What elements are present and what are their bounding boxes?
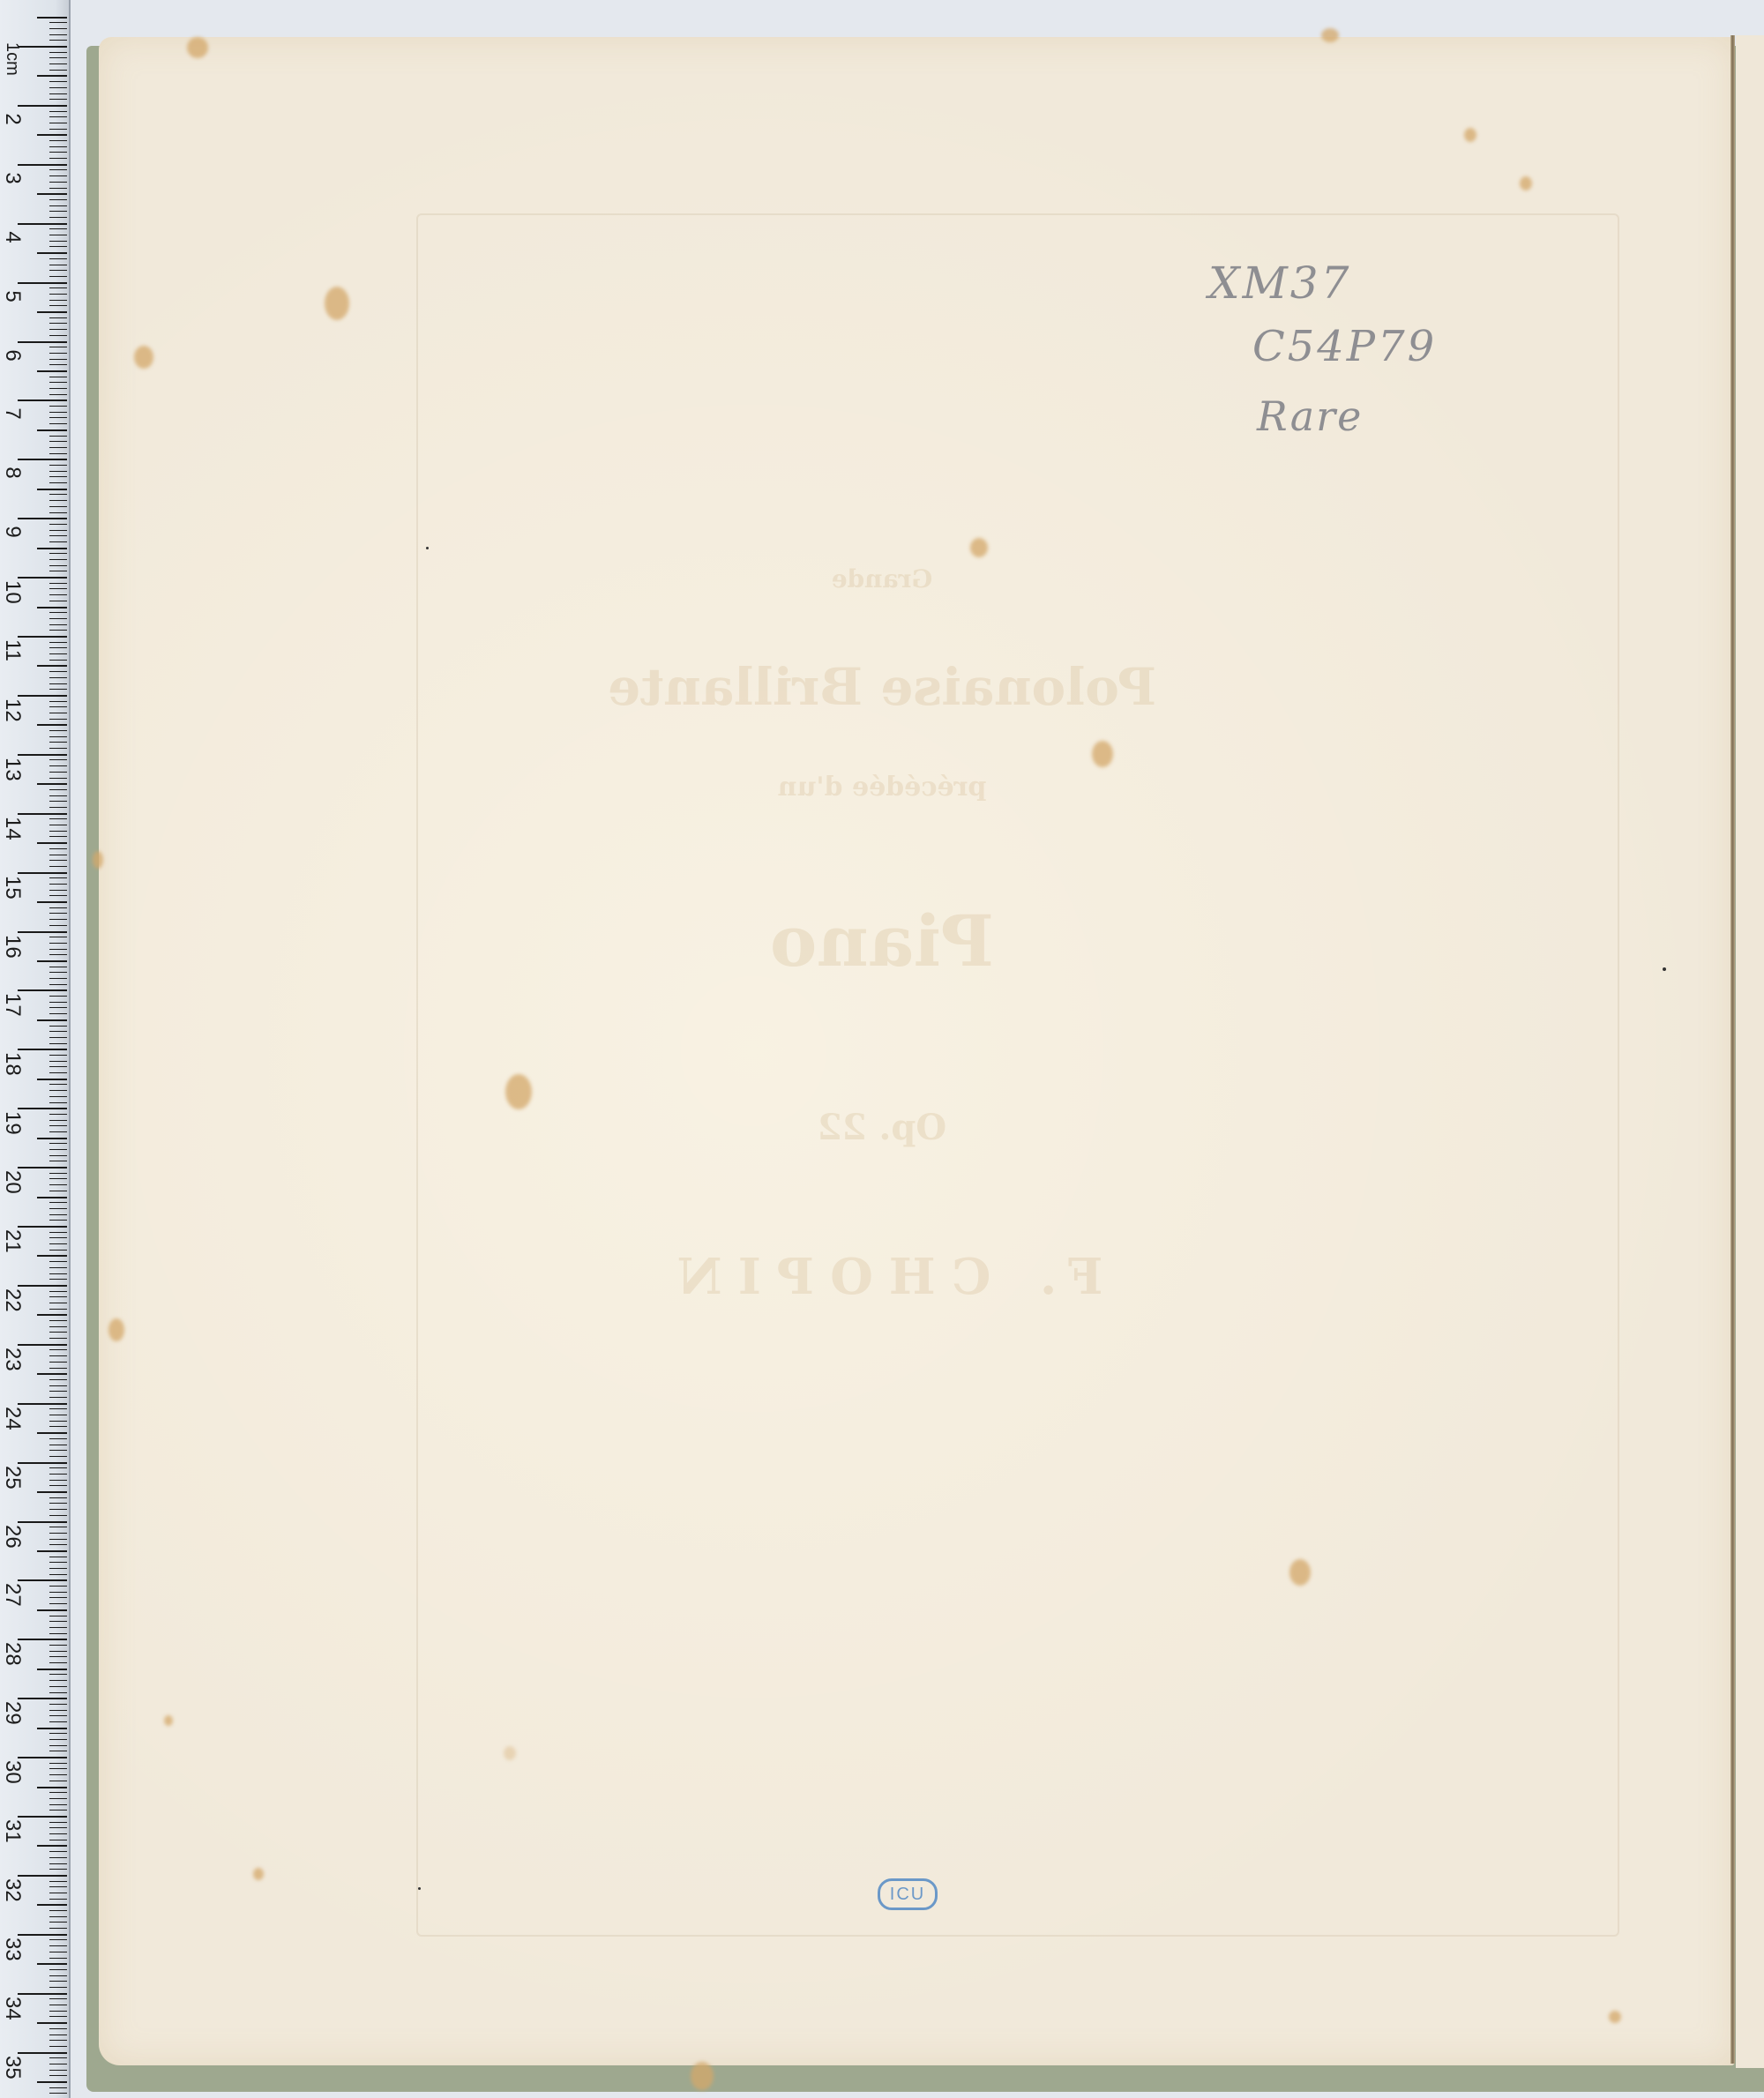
ruler-tick	[18, 1167, 67, 1168]
ruler-tick	[49, 1939, 67, 1940]
ruler-tick	[18, 1344, 67, 1346]
ruler-tick	[49, 848, 67, 849]
foxing-spot	[187, 37, 208, 58]
ruler-tick	[49, 1704, 67, 1705]
ruler-tick	[49, 1910, 67, 1911]
ruler-tick	[49, 1332, 67, 1333]
ruler-tick	[49, 199, 67, 200]
ruler-tick	[49, 40, 67, 41]
ruler-tick	[49, 1544, 67, 1545]
ruler-tick	[49, 471, 67, 472]
ruler-tick	[49, 895, 67, 896]
ruler-tick	[49, 1355, 67, 1356]
ruler-tick	[49, 1037, 67, 1038]
foxing-spot	[1092, 741, 1113, 767]
ruler-label: 8	[2, 462, 23, 483]
foxing-spot	[504, 1746, 516, 1760]
ruler-tick	[49, 1869, 67, 1870]
ruler-tick	[37, 2081, 67, 2083]
ruler-tick	[49, 1662, 67, 1663]
ruler-tick	[49, 1539, 67, 1540]
ruler-tick	[49, 541, 67, 542]
measurement-ruler: 1cm2345678910111213141516171819202122232…	[0, 0, 71, 2098]
ruler-tick	[49, 388, 67, 389]
ruler-tick	[49, 70, 67, 71]
ruler-tick	[49, 1438, 67, 1439]
ruler-tick	[49, 1987, 67, 1988]
ruler-tick	[49, 1208, 67, 1209]
ruler-tick	[49, 1480, 67, 1481]
ruler-tick	[49, 1645, 67, 1646]
ruler-tick	[49, 1214, 67, 1215]
ruler-tick	[49, 1031, 67, 1032]
bleed-through-line: Polonaise Brillante	[0, 657, 1764, 717]
ruler-tick	[49, 1149, 67, 1150]
ruler-tick	[49, 530, 67, 531]
ruler-tick	[18, 1462, 67, 1464]
ruler-tick	[37, 1904, 67, 1906]
ruler-label: 24	[2, 1407, 23, 1428]
ruler-tick	[49, 52, 67, 53]
ruler-tick	[37, 17, 67, 19]
ruler-tick	[49, 1922, 67, 1923]
ruler-tick	[49, 642, 67, 643]
ruler-tick	[18, 164, 67, 166]
ruler-tick	[49, 169, 67, 170]
ruler-tick	[49, 807, 67, 808]
ruler-tick	[49, 1751, 67, 1751]
ruler-tick	[49, 2057, 67, 2058]
ruler-tick	[49, 730, 67, 731]
ruler-tick	[18, 282, 67, 284]
ruler-tick	[49, 494, 67, 495]
ruler-tick	[49, 855, 67, 855]
ruler-tick	[37, 607, 67, 608]
ruler-tick	[37, 429, 67, 431]
ruler-tick	[49, 1338, 67, 1339]
ruler-label: 14	[2, 817, 23, 838]
ruler-tick	[49, 382, 67, 383]
ruler-tick	[49, 436, 67, 437]
ruler-tick	[37, 1728, 67, 1729]
ruler-tick	[49, 129, 67, 130]
bleed-through-line: Grande	[0, 564, 1764, 594]
ruler-tick	[37, 1314, 67, 1316]
foxing-spot	[1289, 1559, 1311, 1586]
ruler-tick	[49, 2093, 67, 2094]
pencil-annotation-call-number: XM37	[1208, 258, 1351, 309]
ruler-label: 3	[2, 168, 23, 189]
ruler-tick	[49, 624, 67, 625]
ruler-tick	[49, 1013, 67, 1014]
ruler-tick	[37, 1963, 67, 1965]
ruler-tick	[18, 1521, 67, 1523]
ruler-tick	[49, 1191, 67, 1191]
ruler-tick	[49, 1733, 67, 1734]
ruler-tick	[49, 482, 67, 483]
ruler-tick	[49, 1232, 67, 1233]
ruler-tick	[49, 287, 67, 288]
ruler-tick	[49, 1969, 67, 1970]
ruler-tick	[49, 1026, 67, 1027]
ruler-tick	[37, 1845, 67, 1847]
ruler-tick	[49, 765, 67, 766]
ruler-label: 31	[2, 1819, 23, 1840]
ruler-tick	[49, 831, 67, 832]
ruler-tick	[49, 1202, 67, 1203]
ruler-tick	[49, 347, 67, 347]
ruler-tick	[49, 111, 67, 112]
bleed-through-line: Piano	[0, 900, 1764, 982]
ruler-tick	[49, 323, 67, 324]
ruler-tick	[49, 996, 67, 997]
ruler-label: 28	[2, 1642, 23, 1663]
ruler-label: 15	[2, 876, 23, 897]
ruler-tick	[49, 258, 67, 259]
ruler-tick	[18, 1639, 67, 1640]
ruler-tick	[49, 1426, 67, 1427]
ruler-tick	[49, 1621, 67, 1622]
ruler-tick	[49, 453, 67, 454]
ruler-tick	[49, 884, 67, 885]
ruler-tick	[49, 1090, 67, 1091]
ruler-tick	[49, 1509, 67, 1510]
ruler-tick	[18, 105, 67, 107]
pencil-annotation-rare: Rare	[1257, 392, 1363, 440]
foxing-spot	[1520, 176, 1532, 190]
ruler-tick	[49, 818, 67, 819]
ruler-tick	[49, 441, 67, 442]
facing-page-edge	[1736, 35, 1764, 2068]
ruler-tick	[18, 1934, 67, 1936]
ruler-tick	[49, 211, 67, 212]
ink-speck	[426, 547, 429, 549]
foxing-spot	[1321, 28, 1339, 42]
ruler-tick	[18, 518, 67, 519]
ruler-tick	[49, 1928, 67, 1929]
ruler-tick	[49, 87, 67, 88]
ruler-tick	[49, 359, 67, 360]
ruler-tick	[49, 2046, 67, 2047]
ruler-tick	[49, 364, 67, 365]
ruler-tick	[49, 1945, 67, 1946]
ruler-tick	[49, 836, 67, 837]
ruler-tick	[49, 329, 67, 330]
ruler-tick	[37, 193, 67, 195]
ruler-tick	[49, 406, 67, 407]
ruler-label: 26	[2, 1525, 23, 1546]
foxing-spot	[164, 1715, 173, 1726]
foxing-spot	[325, 287, 349, 320]
ruler-tick	[49, 1899, 67, 1900]
ruler-tick	[49, 1485, 67, 1486]
ruler-tick	[37, 311, 67, 313]
ruler-tick	[49, 1072, 67, 1073]
ruler-tick	[37, 252, 67, 254]
ruler-tick	[49, 1002, 67, 1003]
ruler-tick	[49, 1975, 67, 1976]
ruler-tick	[49, 1857, 67, 1858]
ruler-label: 33	[2, 1937, 23, 1959]
foxing-spot	[970, 538, 988, 557]
ruler-tick	[49, 1952, 67, 1952]
ruler-tick	[49, 1656, 67, 1657]
ruler-tick	[49, 647, 67, 648]
ruler-tick	[49, 2075, 67, 2076]
ruler-label: 17	[2, 993, 23, 1014]
ruler-tick	[49, 748, 67, 749]
ruler-label: 27	[2, 1583, 23, 1604]
bleed-through-line: précédée d'un	[0, 772, 1764, 803]
ruler-tick	[37, 842, 67, 844]
ruler-tick	[49, 423, 67, 424]
ruler-tick	[49, 175, 67, 176]
ruler-tick	[49, 877, 67, 878]
ruler-tick	[49, 1680, 67, 1681]
ruler-tick	[18, 459, 67, 460]
ruler-tick	[37, 1197, 67, 1198]
ruler-tick	[18, 46, 67, 48]
ruler-tick	[18, 223, 67, 225]
ruler-tick	[49, 630, 67, 631]
ruler-tick	[49, 1220, 67, 1221]
ruler-tick	[49, 412, 67, 413]
ruler-tick	[49, 57, 67, 58]
ruler-tick	[18, 872, 67, 874]
ruler-tick	[49, 28, 67, 29]
ruler-tick	[49, 1863, 67, 1864]
ruler-tick	[49, 1178, 67, 1179]
ruler-tick	[49, 1102, 67, 1103]
ruler-tick	[49, 1833, 67, 1834]
ruler-tick	[18, 1816, 67, 1818]
ruler-tick	[49, 394, 67, 395]
ruler-tick	[37, 1491, 67, 1493]
ruler-tick	[49, 353, 67, 354]
ruler-tick	[49, 535, 67, 536]
ruler-tick	[18, 1403, 67, 1405]
foxing-spot	[1609, 2011, 1621, 2023]
ruler-tick	[49, 188, 67, 189]
ruler-label: 32	[2, 1878, 23, 1900]
ruler-tick	[49, 1592, 67, 1593]
ruler-tick	[37, 724, 67, 726]
ruler-label: 23	[2, 1348, 23, 1369]
ruler-tick	[49, 2005, 67, 2005]
ruler-tick	[37, 1019, 67, 1021]
ruler-tick	[49, 1096, 67, 1097]
ruler-tick	[49, 300, 67, 301]
ruler-tick	[49, 1981, 67, 1982]
ruler-tick	[37, 1373, 67, 1375]
ruler-tick	[49, 601, 67, 601]
ruler-tick	[49, 2070, 67, 2071]
ruler-tick	[37, 1432, 67, 1434]
ruler-tick	[49, 465, 67, 466]
ruler-tick	[49, 1155, 67, 1156]
ruler-tick	[49, 1851, 67, 1852]
foxing-spot	[93, 851, 103, 869]
ruler-tick	[49, 447, 67, 448]
ruler-tick	[18, 1226, 67, 1228]
ruler-tick	[18, 1579, 67, 1581]
ruler-tick	[49, 1739, 67, 1740]
ruler-tick	[49, 1774, 67, 1775]
ruler-tick	[49, 123, 67, 123]
ruler-tick	[37, 370, 67, 372]
ruler-tick	[49, 1958, 67, 1959]
ruler-tick	[49, 140, 67, 141]
ruler-tick	[49, 618, 67, 619]
ruler-tick	[49, 1692, 67, 1693]
ruler-tick	[49, 1497, 67, 1498]
ruler-tick	[49, 1840, 67, 1840]
ruler-tick	[49, 34, 67, 35]
ruler-tick	[49, 1456, 67, 1457]
ruler-tick	[49, 1055, 67, 1056]
ruler-tick	[49, 246, 67, 247]
ruler-tick	[49, 1886, 67, 1887]
ruler-tick	[49, 1763, 67, 1764]
ruler-tick	[49, 294, 67, 295]
ruler-tick	[49, 1597, 67, 1598]
ruler-tick	[49, 1674, 67, 1675]
ruler-tick	[49, 152, 67, 153]
ruler-tick	[49, 2011, 67, 2012]
ruler-tick	[18, 1698, 67, 1699]
ruler-tick	[49, 1349, 67, 1350]
ruler-tick	[18, 341, 67, 343]
ruler-tick	[49, 1445, 67, 1445]
ruler-tick	[49, 1768, 67, 1769]
ruler-tick	[49, 158, 67, 159]
ruler-tick	[49, 1792, 67, 1793]
ruler-label: 4	[2, 227, 23, 248]
ruler-tick	[49, 1893, 67, 1893]
ruler-tick	[49, 335, 67, 336]
ruler-tick	[49, 1397, 67, 1398]
ruler-tick	[49, 1568, 67, 1569]
ruler-tick	[49, 1066, 67, 1067]
ruler-tick	[49, 2035, 67, 2035]
pencil-annotation-cutter: C54P79	[1252, 322, 1437, 371]
ruler-tick	[49, 217, 67, 218]
ruler-tick	[49, 890, 67, 891]
ruler-tick	[49, 612, 67, 613]
ruler-tick	[49, 1710, 67, 1711]
ruler-tick	[37, 1787, 67, 1788]
ruler-tick	[49, 476, 67, 477]
ruler-tick	[49, 1562, 67, 1563]
ruler-tick	[49, 1474, 67, 1475]
page-gutter	[1730, 35, 1735, 2064]
foxing-spot	[691, 2062, 714, 2090]
ruler-tick	[49, 99, 67, 100]
ruler-tick	[49, 1574, 67, 1575]
ruler-tick	[18, 1049, 67, 1050]
ruler-tick	[49, 93, 67, 94]
ruler-tick	[49, 276, 67, 277]
ink-speck	[418, 1887, 421, 1890]
ruler-tick	[49, 1173, 67, 1174]
ruler-tick	[49, 719, 67, 720]
ruler-tick	[49, 1243, 67, 1244]
ruler-tick	[49, 1368, 67, 1369]
ruler-tick	[49, 736, 67, 737]
ruler-tick	[37, 1079, 67, 1080]
ruler-tick	[49, 22, 67, 23]
ruler-tick	[49, 1616, 67, 1616]
ruler-tick	[49, 524, 67, 525]
foxing-spot	[505, 1074, 532, 1109]
ruler-tick	[49, 1161, 67, 1161]
ruler-tick	[49, 1745, 67, 1746]
ruler-tick	[49, 1586, 67, 1587]
ruler-tick	[49, 1184, 67, 1185]
ruler-tick	[49, 594, 67, 595]
ruler-tick	[49, 1467, 67, 1468]
ruler-tick	[49, 653, 67, 654]
ruler-tick	[49, 1633, 67, 1634]
ruler-tick	[49, 1415, 67, 1415]
ruler-tick	[49, 1362, 67, 1363]
ruler-label: 18	[2, 1052, 23, 1073]
ruler-tick	[49, 1527, 67, 1527]
ruler-tick	[49, 63, 67, 64]
ruler-tick	[49, 825, 67, 825]
ruler-tick	[49, 235, 67, 235]
ruler-tick	[37, 548, 67, 549]
ruler-tick	[49, 1421, 67, 1422]
ruler-label: 25	[2, 1466, 23, 1487]
ruler-tick	[49, 2016, 67, 2017]
ruler-tick	[49, 1533, 67, 1534]
ruler-tick	[49, 759, 67, 760]
ruler-label: 34	[2, 1997, 23, 2018]
ruler-tick	[49, 1557, 67, 1557]
ruler-tick	[49, 1061, 67, 1062]
ruler-tick	[49, 1007, 67, 1008]
ruler-tick	[49, 81, 67, 82]
ruler-tick	[49, 1781, 67, 1781]
ruler-label: 6	[2, 345, 23, 366]
ruler-tick	[18, 636, 67, 638]
ruler-tick	[49, 1810, 67, 1811]
ruler-tick	[49, 265, 67, 265]
foxing-spot	[253, 1868, 264, 1880]
ruler-tick	[49, 377, 67, 377]
library-stamp: ICU	[878, 1878, 938, 1910]
ruler-tick	[37, 2022, 67, 2024]
ruler-tick	[49, 417, 67, 418]
paper-page	[99, 37, 1735, 2065]
bleed-through-line: Op. 22	[0, 1107, 1764, 1148]
ruler-tick	[37, 1609, 67, 1611]
ruler-tick	[49, 1721, 67, 1722]
ruler-tick	[49, 1515, 67, 1516]
ruler-tick	[49, 512, 67, 513]
ruler-tick	[49, 866, 67, 867]
ruler-tick	[18, 1875, 67, 1877]
ruler-tick	[49, 1391, 67, 1392]
ruler-tick	[49, 1686, 67, 1687]
ruler-tick	[49, 1408, 67, 1409]
foxing-spot	[134, 346, 153, 369]
ruler-label: 35	[2, 2056, 23, 2077]
ruler-tick	[49, 1822, 67, 1823]
ruler-tick	[49, 1827, 67, 1828]
ruler-tick	[49, 1627, 67, 1628]
